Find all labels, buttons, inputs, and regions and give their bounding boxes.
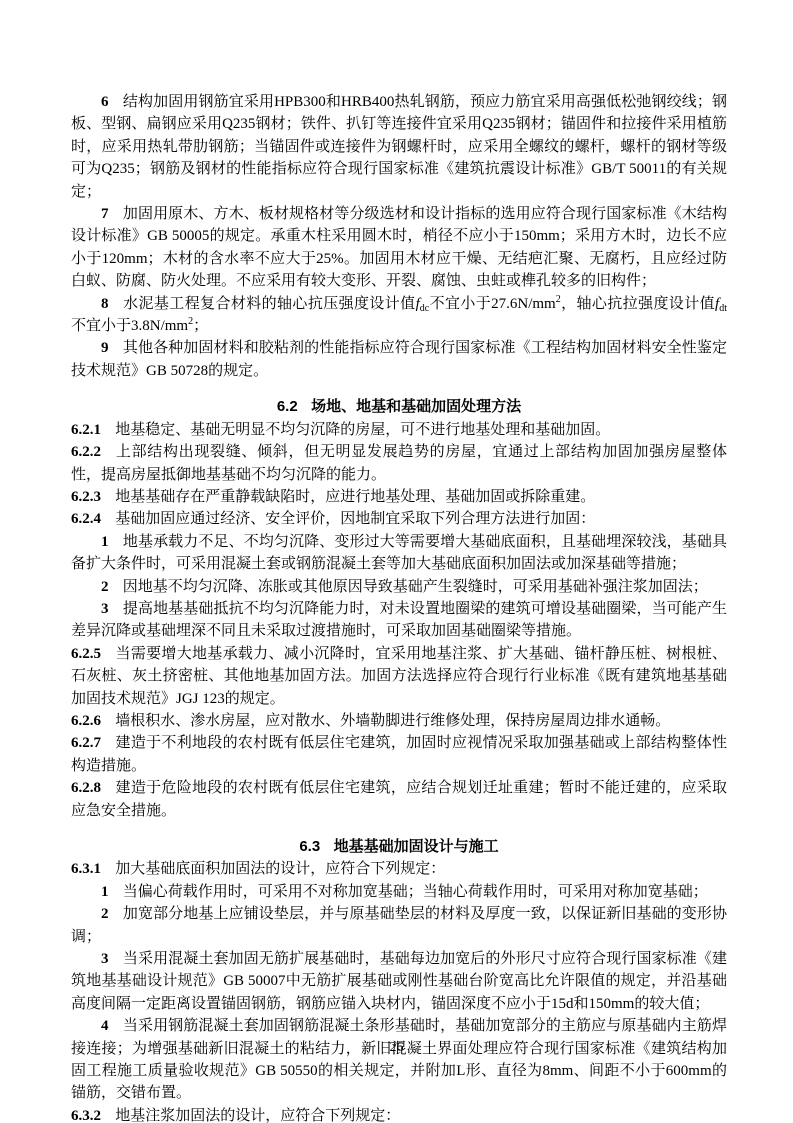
subitem-6-3-1-4: 4当采用钢筋混凝土套加固钢筋混凝土条形基础时，基础加宽部分的主筋应与原基础内主筋… xyxy=(71,1015,727,1105)
clause-number: 6.2.7 xyxy=(71,735,101,751)
item-text: 当偏心荷载作用时，可采用不对称加宽基础；当轴心荷载作用时，可采用对称加宽基础； xyxy=(123,884,708,900)
item-number: 1 xyxy=(101,534,109,550)
item-text: 结构加固用钢筋宜采用HPB300和HRB400热轧钢筋，预应力筋宜采用高强低松弛… xyxy=(71,94,727,200)
symbol-subscript: dc xyxy=(420,303,429,314)
subitem-6-3-1-3: 3当采用混凝土套加固无筋扩展基础时，基础每边加宽后的外形尺寸应符合现行国家标准《… xyxy=(71,948,727,1015)
item-number: 7 xyxy=(101,206,109,222)
item-number: 2 xyxy=(101,579,109,595)
section-heading-6-2: 6.2场地、地基和基础加固处理方法 xyxy=(71,396,727,418)
subitem-6-2-4-2: 2因地基不均匀沉降、冻胀或其他原因导致基础产生裂缝时，可采用基础补强注浆加固法； xyxy=(71,576,727,598)
document-page: 6结构加固用钢筋宜采用HPB300和HRB400热轧钢筋，预应力筋宜采用高强低松… xyxy=(0,0,793,1123)
item-number: 6 xyxy=(101,94,109,110)
section-number: 6.2 xyxy=(277,398,298,415)
clause-number: 6.2.1 xyxy=(71,422,101,438)
section-title: 地基基础加固设计与施工 xyxy=(334,838,499,855)
item-text: 因地基不均匀沉降、冻胀或其他原因导致基础产生裂缝时，可采用基础补强注浆加固法； xyxy=(123,579,708,595)
clause-text: 建造于危险地段的农村既有低层住宅建筑，应结合规划迁址重建；暂时不能迁建的，应采取… xyxy=(71,780,727,818)
clause-number: 6.2.6 xyxy=(71,713,101,729)
clause-text: 基础加固应通过经济、安全评价，因地制宜采取下列合理方法进行加固： xyxy=(115,511,595,527)
clause-text: 地基基础存在严重静载缺陷时，应进行地基处理、基础加固或拆除重建。 xyxy=(115,489,595,505)
clause-number: 6.2.4 xyxy=(71,511,101,527)
item-text: 加宽部分地基上应铺设垫层，并与原基础垫层的材料及厚度一致，以保证新旧基础的变形协… xyxy=(71,906,727,944)
clause-text: 地基稳定、基础无明显不均匀沉降的房屋，可不进行地基处理和基础加固。 xyxy=(115,422,610,438)
item-text: ； xyxy=(193,318,208,334)
clause-text: 上部结构出现裂缝、倾斜，但无明显发展趋势的房屋，宜通过上部结构加固加强房屋整体性… xyxy=(71,444,727,482)
clause-6-3-1: 6.3.1加大基础底面积加固法的设计，应符合下列规定： xyxy=(71,858,727,880)
item-text: 水泥基工程复合材料的轴心抗压强度设计值 xyxy=(123,296,416,312)
section-title: 场地、地基和基础加固处理方法 xyxy=(311,398,521,415)
item-number: 1 xyxy=(101,884,109,900)
clause-6-2-7: 6.2.7建造于不利地段的农村既有低层住宅建筑，加固时应视情况采取加强基础或上部… xyxy=(71,732,727,777)
item-text: 当采用钢筋混凝土套加固钢筋混凝土条形基础时，基础加宽部分的主筋应与原基础内主筋焊… xyxy=(71,1018,727,1101)
clause-6-2-4: 6.2.4基础加固应通过经济、安全评价，因地制宜采取下列合理方法进行加固： xyxy=(71,508,727,530)
clause-text: 加大基础底面积加固法的设计，应符合下列规定： xyxy=(115,861,445,877)
f-dc-symbol: fdc xyxy=(416,296,430,312)
subitem-6-2-4-3: 3提高地基基础抵抗不均匀沉降能力时，对未设置地圈梁的建筑可增设基础圈梁，当可能产… xyxy=(71,598,727,643)
item-text: 不宜小于3.8N/mm xyxy=(71,318,188,334)
numbered-item-6: 6结构加固用钢筋宜采用HPB300和HRB400热轧钢筋，预应力筋宜采用高强低松… xyxy=(71,91,727,203)
item-text: ，轴心抗拉强度设计值 xyxy=(561,296,715,312)
clause-number: 6.2.3 xyxy=(71,489,101,505)
item-text: 加固用原木、方木、板材规格材等分级选材和设计指标的选用应符合现行国家标准《木结构… xyxy=(71,206,727,289)
subitem-6-3-1-2: 2加宽部分地基上应铺设垫层，并与原基础垫层的材料及厚度一致，以保证新旧基础的变形… xyxy=(71,903,727,948)
clause-text: 当需要增大地基承载力、减小沉降时，宜采用地基注浆、扩大基础、锚杆静压桩、树根桩、… xyxy=(71,646,727,707)
clause-text: 墙根积水、渗水房屋，应对散水、外墙勒脚进行维修处理，保持房屋周边排水通畅。 xyxy=(115,713,670,729)
clause-number: 6.3.2 xyxy=(71,1108,101,1123)
item-text: 其他各种加固材料和胶粘剂的性能指标应符合现行国家标准《工程结构加固材料安全性鉴定… xyxy=(71,340,727,378)
page-number: 26 xyxy=(0,1040,793,1056)
clause-6-2-1: 6.2.1地基稳定、基础无明显不均匀沉降的房屋，可不进行地基处理和基础加固。 xyxy=(71,419,727,441)
clause-number: 6.2.5 xyxy=(71,646,101,662)
item-number: 8 xyxy=(101,296,109,312)
item-text: 地基承载力不足、不均匀沉降、变形过大等需要增大基础底面积，且基础埋深较浅，基础具… xyxy=(71,534,727,572)
numbered-item-9: 9其他各种加固材料和胶粘剂的性能指标应符合现行国家标准《工程结构加固材料安全性鉴… xyxy=(71,337,727,382)
item-number: 4 xyxy=(101,1018,109,1034)
clause-6-2-3: 6.2.3地基基础存在严重静载缺陷时，应进行地基处理、基础加固或拆除重建。 xyxy=(71,486,727,508)
clause-6-2-2: 6.2.2上部结构出现裂缝、倾斜，但无明显发展趋势的房屋，宜通过上部结构加固加强… xyxy=(71,441,727,486)
symbol-subscript: dt xyxy=(719,303,727,314)
f-dt-symbol: fdt xyxy=(715,296,727,312)
clause-text: 地基注浆加固法的设计，应符合下列规定： xyxy=(115,1108,400,1123)
item-number: 2 xyxy=(101,906,109,922)
clause-number: 6.2.8 xyxy=(71,780,101,796)
item-text: 当采用混凝土套加固无筋扩展基础时，基础每边加宽后的外形尺寸应符合现行国家标准《建… xyxy=(71,951,727,1012)
clause-text: 建造于不利地段的农村既有低层住宅建筑，加固时应视情况采取加强基础或上部结构整体性… xyxy=(71,735,727,773)
clause-6-2-8: 6.2.8建造于危险地段的农村既有低层住宅建筑，应结合规划迁址重建；暂时不能迁建… xyxy=(71,777,727,822)
clause-6-3-2: 6.3.2地基注浆加固法的设计，应符合下列规定： xyxy=(71,1105,727,1123)
clause-6-2-6: 6.2.6墙根积水、渗水房屋，应对散水、外墙勒脚进行维修处理，保持房屋周边排水通… xyxy=(71,710,727,732)
item-number: 9 xyxy=(101,340,109,356)
subitem-6-3-1-1: 1当偏心荷载作用时，可采用不对称加宽基础；当轴心荷载作用时，可采用对称加宽基础； xyxy=(71,881,727,903)
numbered-item-8: 8水泥基工程复合材料的轴心抗压强度设计值fdc不宜小于27.6N/mm2，轴心抗… xyxy=(71,293,727,338)
section-number: 6.3 xyxy=(299,838,320,855)
section-heading-6-3: 6.3地基基础加固设计与施工 xyxy=(71,836,727,858)
subitem-6-2-4-1: 1地基承载力不足、不均匀沉降、变形过大等需要增大基础底面积，且基础埋深较浅，基础… xyxy=(71,531,727,576)
numbered-item-7: 7加固用原木、方木、板材规格材等分级选材和设计指标的选用应符合现行国家标准《木结… xyxy=(71,203,727,293)
item-number: 3 xyxy=(101,601,109,617)
clause-number: 6.3.1 xyxy=(71,861,101,877)
item-text: 不宜小于27.6N/mm xyxy=(429,296,556,312)
clause-6-2-5: 6.2.5当需要增大地基承载力、减小沉降时，宜采用地基注浆、扩大基础、锚杆静压桩… xyxy=(71,643,727,710)
clause-number: 6.2.2 xyxy=(71,444,101,460)
page-body: 6结构加固用钢筋宜采用HPB300和HRB400热轧钢筋，预应力筋宜采用高强低松… xyxy=(71,91,727,1123)
item-number: 3 xyxy=(101,951,109,967)
item-text: 提高地基基础抵抗不均匀沉降能力时，对未设置地圈梁的建筑可增设基础圈梁，当可能产生… xyxy=(71,601,727,639)
